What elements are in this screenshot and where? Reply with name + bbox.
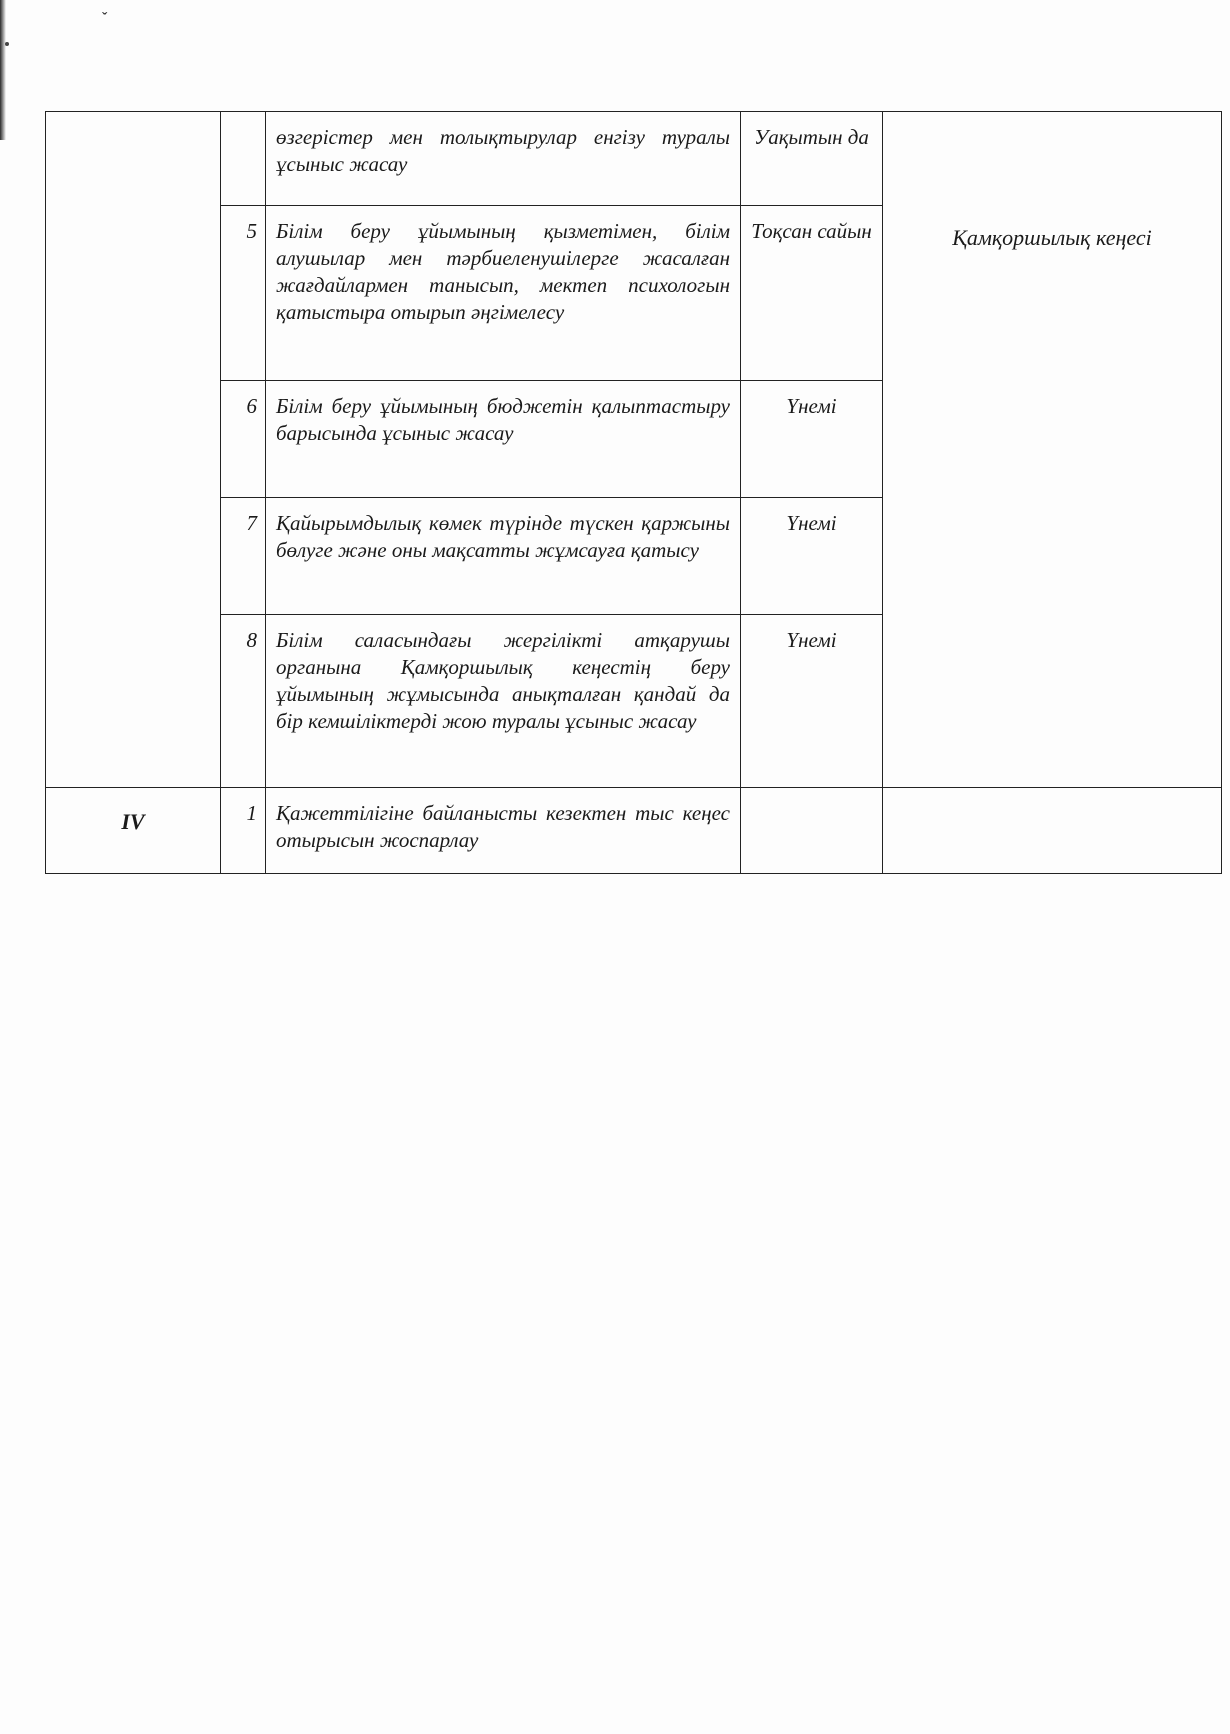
row-number: 6	[221, 381, 266, 498]
frequency-cell: Тоқсан сайын	[741, 206, 883, 381]
activity-text: Білім саласындағы жергілікті атқарушы ор…	[266, 615, 741, 788]
row-number: 1	[221, 788, 266, 874]
scan-mark: ˇ	[102, 10, 107, 28]
row-number	[221, 112, 266, 206]
scanned-page: ˇ өзгерістер мен толықтырулар енгізу тур…	[0, 0, 1230, 1734]
table-row-section-iv: IV 1 Қажеттілігіне байланысты кезектен т…	[46, 788, 1222, 874]
row-number: 8	[221, 615, 266, 788]
activity-text: Қайырымдылық көмек түрінде түскен қаржын…	[266, 498, 741, 615]
row-number: 5	[221, 206, 266, 381]
frequency-cell	[741, 788, 883, 874]
activity-text: Білім беру ұйымының бюджетін қалыптастыр…	[266, 381, 741, 498]
table-row: өзгерістер мен толықтырулар енгізу турал…	[46, 112, 1222, 206]
section-cell	[46, 112, 221, 788]
activity-text: Қажеттілігіне байланысты кезектен тыс ке…	[266, 788, 741, 874]
plan-table: өзгерістер мен толықтырулар енгізу турал…	[45, 111, 1222, 874]
responsible-cell	[883, 788, 1222, 874]
frequency-cell: Үнемі	[741, 381, 883, 498]
frequency-cell: Үнемі	[741, 498, 883, 615]
activity-text: өзгерістер мен толықтырулар енгізу турал…	[266, 112, 741, 206]
frequency-cell: Үнемі	[741, 615, 883, 788]
frequency-cell: Уақытын да	[741, 112, 883, 206]
responsible-cell: Қамқоршылық кеңесі	[883, 112, 1222, 788]
activity-text: Білім беру ұйымының қызметімен, білім ал…	[266, 206, 741, 381]
scan-dot	[5, 42, 9, 46]
section-label: IV	[46, 788, 221, 874]
row-number: 7	[221, 498, 266, 615]
scan-edge-shadow	[0, 0, 6, 140]
